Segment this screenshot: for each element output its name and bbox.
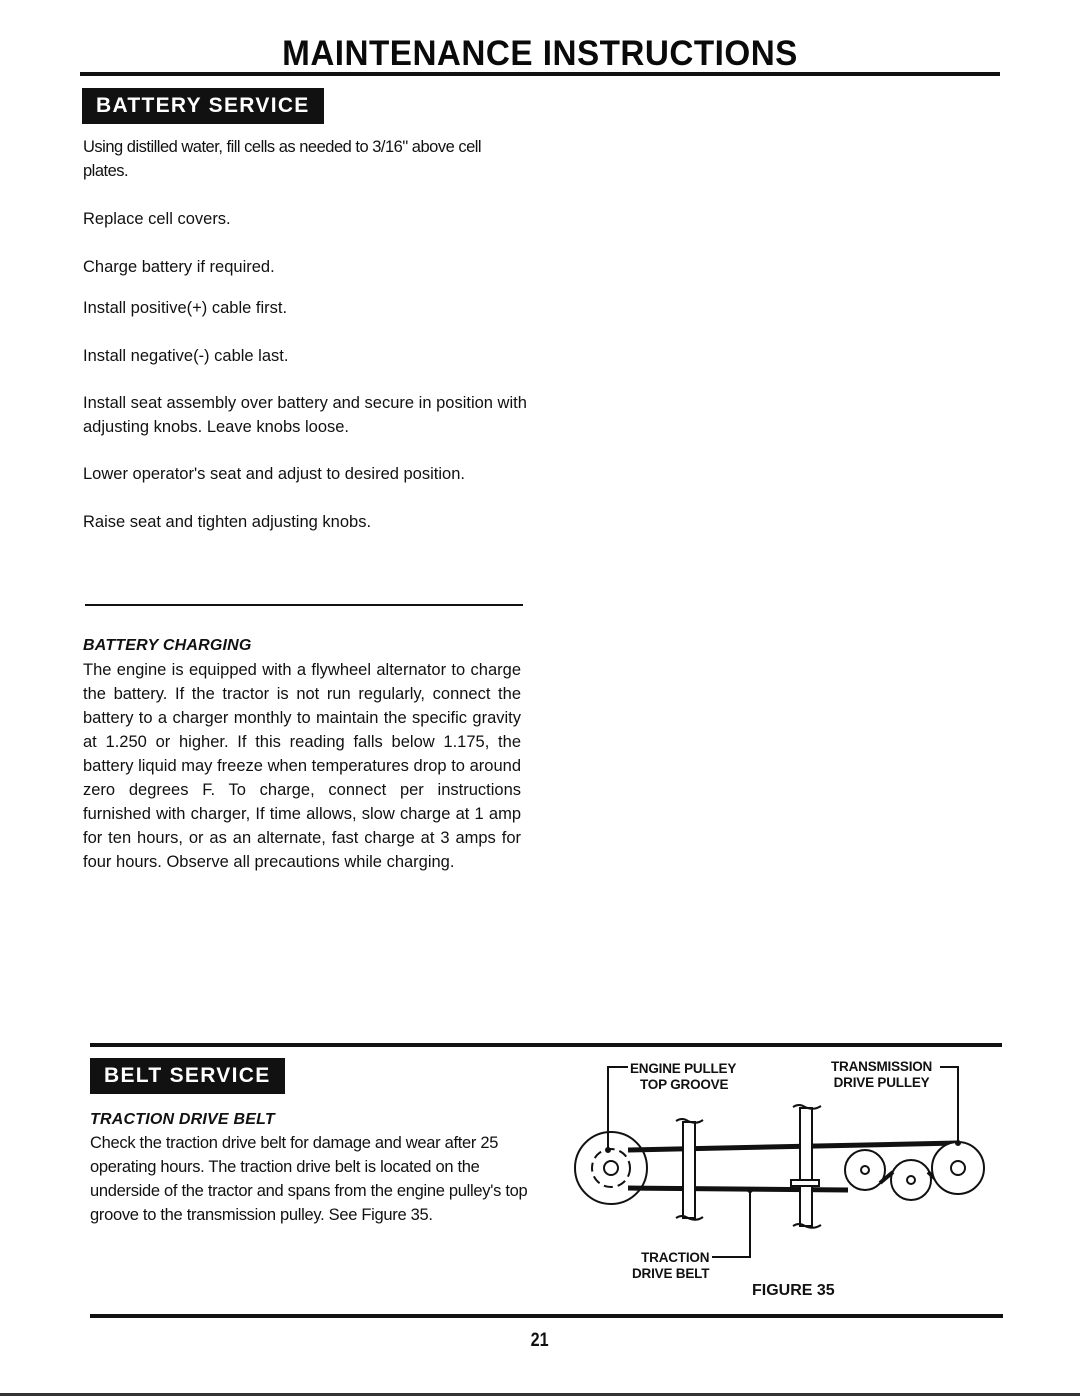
battery-charging-subheading: BATTERY CHARGING xyxy=(83,637,523,655)
traction-belt-label-line2: DRIVE BELT xyxy=(632,1266,709,1282)
title-rule xyxy=(80,72,1000,76)
engine-pulley-label-line2: TOP GROOVE xyxy=(630,1077,736,1093)
battery-step-7: Lower operator's seat and adjust to desi… xyxy=(83,462,523,486)
engine-pulley-leader xyxy=(608,1067,628,1150)
battery-step-4: Install positive(+) cable first. xyxy=(83,296,523,320)
engine-pulley-label-line1: ENGINE PULLEY xyxy=(630,1061,736,1077)
transmission-label-line2: DRIVE PULLEY xyxy=(831,1075,932,1091)
page-number: 21 xyxy=(531,1330,549,1352)
battery-step-6: Install seat assembly over battery and s… xyxy=(83,391,528,439)
scan-edge xyxy=(0,1393,1080,1396)
battery-step-5: Install negative(-) cable last. xyxy=(83,344,523,368)
traction-leader xyxy=(712,1190,750,1257)
transmission-leader xyxy=(940,1067,958,1143)
belt-diagram xyxy=(560,1050,1010,1310)
section-divider xyxy=(85,604,523,606)
battery-step-8: Raise seat and tighten adjusting knobs. xyxy=(83,510,523,534)
belt-service-heading: BELT SERVICE xyxy=(90,1058,285,1094)
traction-belt-label: TRACTION DRIVE BELT xyxy=(632,1250,709,1282)
battery-step-3: Charge battery if required. xyxy=(83,255,523,279)
page-title: MAINTENANCE INSTRUCTIONS xyxy=(27,34,1053,74)
footer-rule xyxy=(90,1314,1003,1318)
belt-service-rule xyxy=(90,1043,1002,1047)
battery-step-1: Using distilled water, fill cells as nee… xyxy=(83,135,528,183)
engine-pulley-label: ENGINE PULLEY TOP GROOVE xyxy=(630,1061,736,1093)
figure-caption: FIGURE 35 xyxy=(752,1282,835,1300)
battery-step-2: Replace cell covers. xyxy=(83,207,523,231)
traction-drive-belt-subheading: TRACTION DRIVE BELT xyxy=(90,1111,530,1129)
transmission-label: TRANSMISSION DRIVE PULLEY xyxy=(831,1059,932,1091)
battery-charging-text: The engine is equipped with a flywheel a… xyxy=(83,658,521,874)
traction-belt-label-line1: TRACTION xyxy=(632,1250,709,1266)
traction-drive-belt-text: Check the traction drive belt for damage… xyxy=(90,1131,528,1227)
transmission-label-line1: TRANSMISSION xyxy=(831,1059,932,1075)
battery-service-heading: BATTERY SERVICE xyxy=(82,88,324,124)
